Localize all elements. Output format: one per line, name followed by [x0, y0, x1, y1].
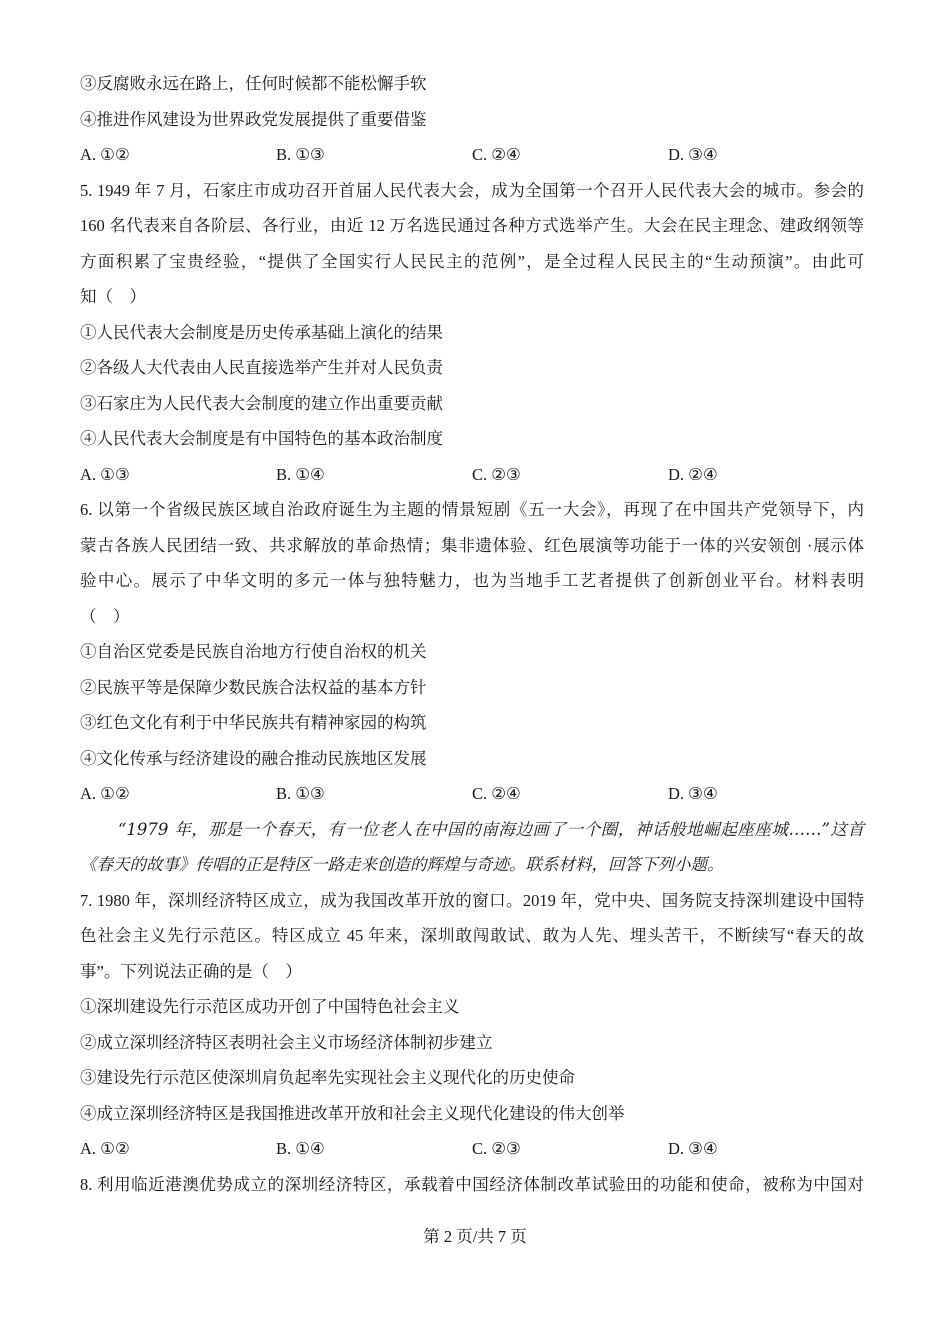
exam-page: ③反腐败永远在路上，任何时候都不能松懈手软 ④推进作风建设为世界政党发展提供了重…	[0, 0, 950, 1344]
q6-choice-a: A. ①②	[80, 776, 276, 812]
q6-option-1: ①自治区党委是民族自治地方行使自治权的机关	[80, 634, 864, 670]
q5-choice-row: A. ①③ B. ①④ C. ②③ D. ②④	[80, 457, 864, 493]
q6-choice-d: D. ③④	[668, 776, 718, 812]
q7-choice-a: A. ①②	[80, 1131, 276, 1167]
q6-stem-line-2: 蒙古各族人民团结一致、共求解放的革命热情；集非遗体验、红色展演等功能于一体的兴安…	[80, 528, 864, 564]
q8-stem-line-1: 8. 利用临近港澳优势成立的深圳经济特区，承载着中国经济体制改革试验田的功能和使…	[80, 1167, 864, 1203]
page-footer: 第 2 页/共 7 页	[0, 1226, 950, 1247]
q6-stem-line-4: （ ）	[80, 599, 864, 635]
q4-choice-a: A. ①②	[80, 137, 276, 173]
q7-choice-row: A. ①② B. ①④ C. ②③ D. ③④	[80, 1131, 864, 1167]
material-intro: “1979 年，那是一个春天，有一位老人在中国的南海边画了一个圈，神话般地崛起座…	[80, 812, 864, 883]
q5-option-1: ①人民代表大会制度是历史传承基础上演化的结果	[80, 315, 864, 351]
question-5: 5. 1949 年 7 月，石家庄市成功召开首届人民代表大会，成为全国第一个召开…	[80, 173, 864, 493]
q5-option-4: ④人民代表大会制度是有中国特色的基本政治制度	[80, 421, 864, 457]
q7-option-2: ②成立深圳经济特区表明社会主义市场经济体制初步建立	[80, 1025, 864, 1061]
q4-choice-row: A. ①② B. ①③ C. ②④ D. ③④	[80, 137, 864, 173]
q6-option-3: ③红色文化有利于中华民族共有精神家园的构筑	[80, 705, 864, 741]
q5-stem-line-3: 方面积累了宝贵经验，“提供了全国实行人民民主的范例”，是全过程人民民主的“生动预…	[80, 244, 864, 280]
q7-option-1: ①深圳建设先行示范区成功开创了中国特色社会主义	[80, 989, 864, 1025]
q5-option-3: ③石家庄为人民代表大会制度的建立作出重要贡献	[80, 386, 864, 422]
q6-option-2: ②民族平等是保障少数民族合法权益的基本方针	[80, 670, 864, 706]
q7-option-3: ③建设先行示范区使深圳肩负起率先实现社会主义现代化的历史使命	[80, 1060, 864, 1096]
q7-choice-d: D. ③④	[668, 1131, 718, 1167]
q7-choice-c: C. ②③	[472, 1131, 668, 1167]
q4-choice-d: D. ③④	[668, 137, 718, 173]
q5-choice-a: A. ①③	[80, 457, 276, 493]
q5-stem-line-4: 知（ ）	[80, 279, 864, 315]
q6-stem-line-3: 验中心。展示了中华文明的多元一体与独特魅力，也为当地手工艺者提供了创新创业平台。…	[80, 563, 864, 599]
q5-choice-b: B. ①④	[276, 457, 472, 493]
q7-stem-line-2: 色社会主义先行示范区。特区成立 45 年来，深圳敢闯敢试、敢为人先、埋头苦干，不…	[80, 918, 864, 954]
question-7: 7. 1980 年，深圳经济特区成立，成为我国改革开放的窗口。2019 年，党中…	[80, 883, 864, 1167]
intro-line-2: 《春天的故事》传唱的正是特区一路走来创造的辉煌与奇迹。联系材料，回答下列小题。	[80, 847, 864, 883]
q7-stem-line-1: 7. 1980 年，深圳经济特区成立，成为我国改革开放的窗口。2019 年，党中…	[80, 883, 864, 919]
q6-choice-b: B. ①③	[276, 776, 472, 812]
q4-choice-c: C. ②④	[472, 137, 668, 173]
q5-stem-line-2: 160 名代表来自各阶层、各行业，由近 12 万名选民通过各种方式选举产生。大会…	[80, 208, 864, 244]
q7-choice-b: B. ①④	[276, 1131, 472, 1167]
q5-option-2: ②各级人大代表由人民直接选举产生并对人民负责	[80, 350, 864, 386]
q5-choice-c: C. ②③	[472, 457, 668, 493]
q4-choice-b: B. ①③	[276, 137, 472, 173]
q6-choice-c: C. ②④	[472, 776, 668, 812]
q7-stem-line-3: 事”。下列说法正确的是（ ）	[80, 954, 864, 990]
q6-choice-row: A. ①② B. ①③ C. ②④ D. ③④	[80, 776, 864, 812]
q5-choice-d: D. ②④	[668, 457, 718, 493]
page-number-indicator: 第 2 页/共 7 页	[423, 1227, 527, 1246]
question-8-partial: 8. 利用临近港澳优势成立的深圳经济特区，承载着中国经济体制改革试验田的功能和使…	[80, 1167, 864, 1203]
q4-option-4: ④推进作风建设为世界政党发展提供了重要借鉴	[80, 102, 864, 138]
question-6: 6. 以第一个省级民族区域自治政府诞生为主题的情景短剧《五一大会》，再现了在中国…	[80, 492, 864, 812]
intro-line-1: “1979 年，那是一个春天，有一位老人在中国的南海边画了一个圈，神话般地崛起座…	[80, 812, 864, 848]
q6-option-4: ④文化传承与经济建设的融合推动民族地区发展	[80, 741, 864, 777]
q4-option-3: ③反腐败永远在路上，任何时候都不能松懈手软	[80, 66, 864, 102]
q5-stem-line-1: 5. 1949 年 7 月，石家庄市成功召开首届人民代表大会，成为全国第一个召开…	[80, 173, 864, 209]
question-4-tail: ③反腐败永远在路上，任何时候都不能松懈手软 ④推进作风建设为世界政党发展提供了重…	[80, 66, 864, 173]
q6-stem-line-1: 6. 以第一个省级民族区域自治政府诞生为主题的情景短剧《五一大会》，再现了在中国…	[80, 492, 864, 528]
q7-option-4: ④成立深圳经济特区是我国推进改革开放和社会主义现代化建设的伟大创举	[80, 1096, 864, 1132]
